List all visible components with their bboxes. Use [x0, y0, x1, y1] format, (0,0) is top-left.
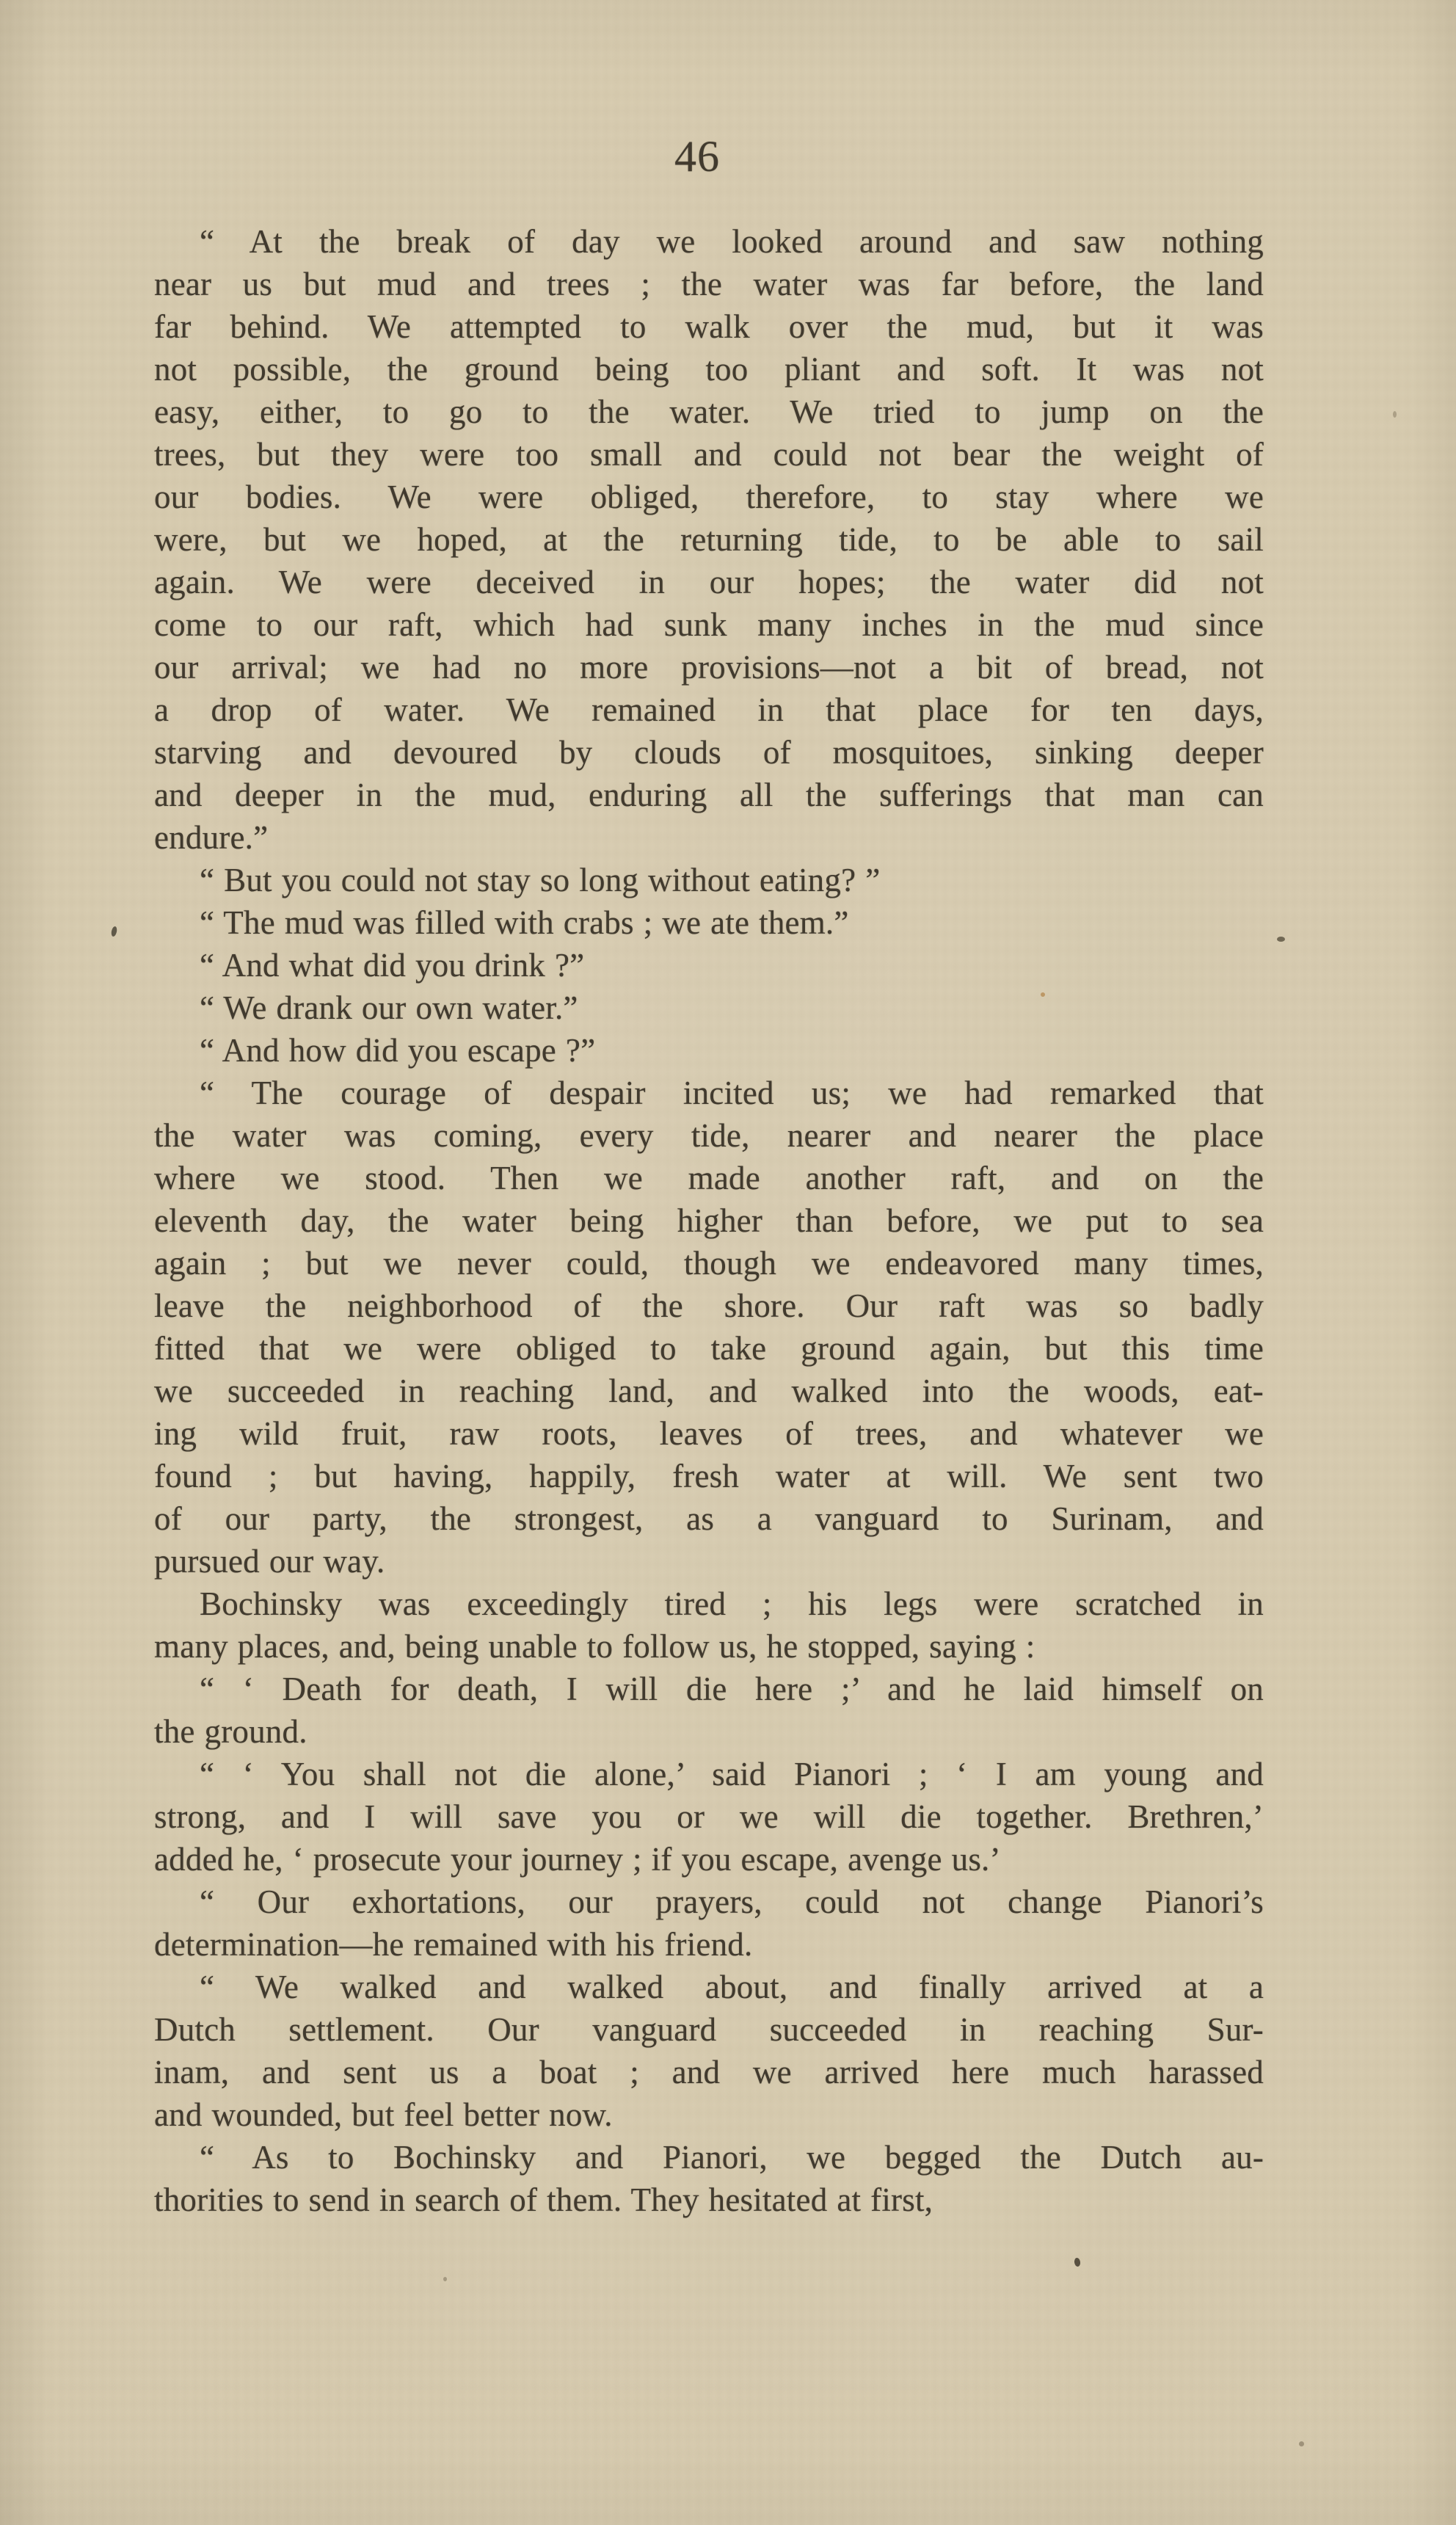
text-line: the ground.	[154, 1710, 1264, 1753]
paragraph-13: “ As to Bochinsky and Pianori, we begged…	[154, 2136, 1264, 2221]
ink-speck	[443, 2277, 447, 2281]
text-line: “ Our exhortations, our prayers, could n…	[154, 1881, 1264, 1923]
text-line: starving and devoured by clouds of mosqu…	[154, 731, 1264, 774]
text-line: far behind. We attempted to walk over th…	[154, 305, 1264, 348]
text-line: “ ‘ Death for death, I will die here ;’ …	[154, 1668, 1264, 1710]
text-line: and deeper in the mud, enduring all the …	[154, 774, 1264, 816]
paragraph-5: “ We drank our own water.”	[154, 987, 1264, 1029]
paragraph-11: “ Our exhortations, our prayers, could n…	[154, 1881, 1264, 1966]
text-line: thorities to send in search of them. The…	[154, 2179, 1264, 2221]
text-line: “ And what did you drink ?”	[154, 944, 1264, 987]
paragraph-7: “ The courage of despair incited us; we …	[154, 1072, 1264, 1583]
text-line: Dutch settlement. Our vanguard succeeded…	[154, 2008, 1264, 2051]
text-line: many places, and, being unable to follow…	[154, 1625, 1264, 1668]
book-scan-page: { "page": { "number": "46", "paper_color…	[0, 0, 1456, 2525]
ink-speck	[1393, 411, 1397, 418]
text-line: “ ‘ You shall not die alone,’ said Piano…	[154, 1753, 1264, 1795]
text-line: strong, and I will save you or we will d…	[154, 1795, 1264, 1838]
text-line: “ But you could not stay so long without…	[154, 859, 1264, 901]
text-line: near us but mud and trees ; the water wa…	[154, 263, 1264, 305]
paragraph-1: “ At the break of day we looked around a…	[154, 220, 1264, 859]
text-line: were, but we hoped, at the returning tid…	[154, 518, 1264, 561]
text-line: Bochinsky was exceedingly tired ; his le…	[154, 1583, 1264, 1625]
stain-speck	[1041, 992, 1045, 997]
text-line: ing wild fruit, raw roots, leaves of tre…	[154, 1412, 1264, 1455]
paragraph-2: “ But you could not stay so long without…	[154, 859, 1264, 901]
text-line: determination—he remained with his frien…	[154, 1923, 1264, 1966]
text-line: the water was coming, every tide, nearer…	[154, 1114, 1264, 1157]
paragraph-6: “ And how did you escape ?”	[154, 1029, 1264, 1072]
text-line: come to our raft, which had sunk many in…	[154, 603, 1264, 646]
text-line: trees, but they were too small and could…	[154, 433, 1264, 476]
text-line: eleventh day, the water being higher tha…	[154, 1199, 1264, 1242]
ink-speck	[1277, 937, 1285, 942]
text-line: and wounded, but feel better now.	[154, 2093, 1264, 2136]
text-line: a drop of water. We remained in that pla…	[154, 689, 1264, 731]
text-line: pursued our way.	[154, 1540, 1264, 1583]
text-line: again ; but we never could, though we en…	[154, 1242, 1264, 1285]
paragraph-12: “ We walked and walked about, and finall…	[154, 1966, 1264, 2136]
text-line: again. We were deceived in our hopes; th…	[154, 561, 1264, 603]
text-line: “ As to Bochinsky and Pianori, we begged…	[154, 2136, 1264, 2179]
paragraph-4: “ And what did you drink ?”	[154, 944, 1264, 987]
text-line: “ At the break of day we looked around a…	[154, 220, 1264, 263]
text-line: we succeeded in reaching land, and walke…	[154, 1370, 1264, 1412]
text-line: “ The courage of despair incited us; we …	[154, 1072, 1264, 1114]
paragraph-10: “ ‘ You shall not die alone,’ said Piano…	[154, 1753, 1264, 1881]
page-number: 46	[154, 133, 1240, 180]
ink-speck	[1299, 2441, 1304, 2446]
scanned-paper-background: 46 “ At the break of day we looked aroun…	[0, 0, 1456, 2525]
paragraph-9: “ ‘ Death for death, I will die here ;’ …	[154, 1668, 1264, 1753]
text-line: fitted that we were obliged to take grou…	[154, 1327, 1264, 1370]
text-line: endure.”	[154, 816, 1264, 859]
paragraph-8: Bochinsky was exceedingly tired ; his le…	[154, 1583, 1264, 1668]
text-line: “ And how did you escape ?”	[154, 1029, 1264, 1072]
text-line: not possible, the ground being too plian…	[154, 348, 1264, 390]
text-line: “ We walked and walked about, and finall…	[154, 1966, 1264, 2008]
paragraph-3: “ The mud was filled with crabs ; we ate…	[154, 901, 1264, 944]
text-line: leave the neighborhood of the shore. Our…	[154, 1285, 1264, 1327]
text-line: of our party, the strongest, as a vangua…	[154, 1497, 1264, 1540]
text-line: where we stood. Then we made another raf…	[154, 1157, 1264, 1199]
text-line: found ; but having, happily, fresh water…	[154, 1455, 1264, 1497]
text-line: easy, either, to go to the water. We tri…	[154, 390, 1264, 433]
text-line: our arrival; we had no more provisions—n…	[154, 646, 1264, 689]
text-line: “ The mud was filled with crabs ; we ate…	[154, 901, 1264, 944]
text-line: inam, and sent us a boat ; and we arrive…	[154, 2051, 1264, 2093]
text-line: added he, ‘ prosecute your journey ; if …	[154, 1838, 1264, 1881]
text-block: “ At the break of day we looked around a…	[154, 220, 1264, 2221]
text-line: our bodies. We were obliged, therefore, …	[154, 476, 1264, 518]
text-line: “ We drank our own water.”	[154, 987, 1264, 1029]
ink-speck	[1074, 2258, 1081, 2267]
ink-speck	[111, 926, 118, 937]
